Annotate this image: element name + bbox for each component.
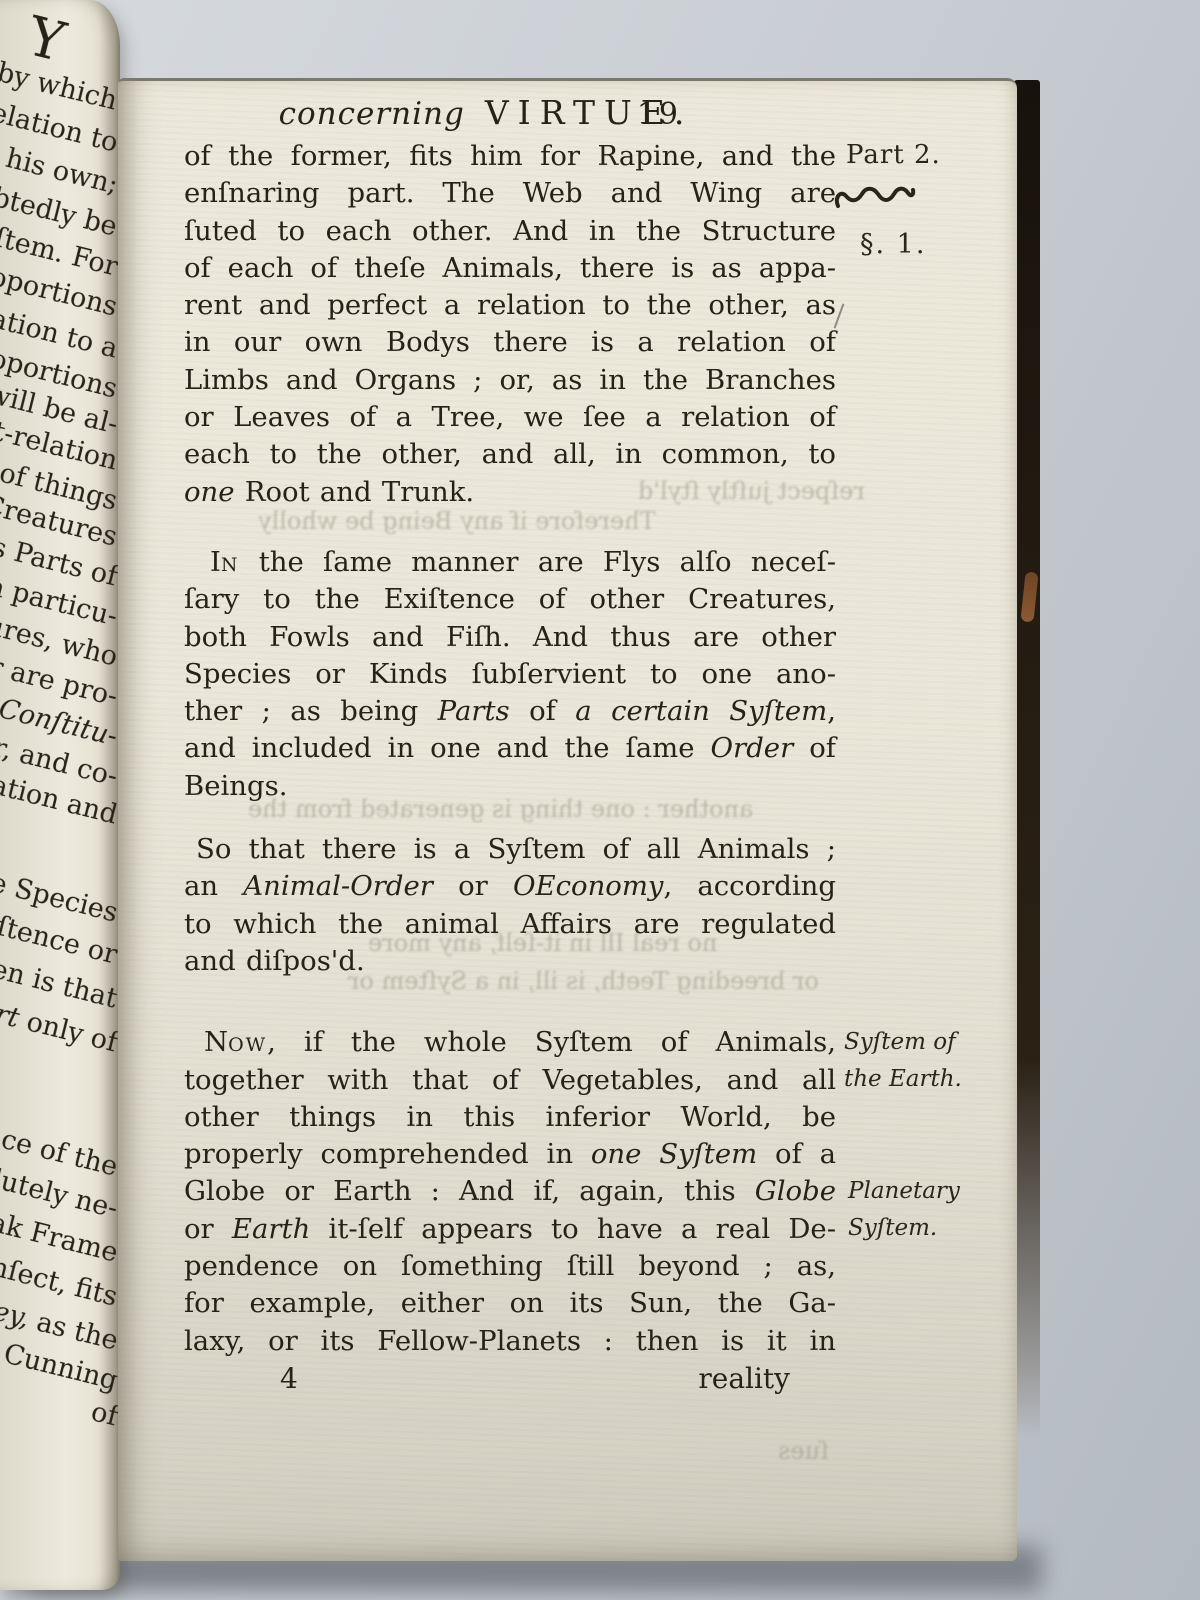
text-segment: rent and perfect a relation to the other… [184, 289, 836, 321]
spine-text-fragment: of [88, 1396, 120, 1432]
text-segment: Order [711, 732, 794, 764]
text-segment: other things in this inferior World, be [184, 1101, 836, 1133]
previous-page-edge: Yd by whichrelation toles his own;ubtedl… [0, 0, 120, 1590]
text-segment: Root and Trunk. [235, 476, 475, 508]
text-segment: each to the other, and all, in common, t… [184, 438, 836, 470]
text-line: and diſpos'd. [184, 943, 836, 980]
margin-note-line: Syſtem of [844, 1024, 962, 1061]
text-line: pendence on ſomething ſtill beyond ; as, [184, 1248, 836, 1285]
margin-note-system-of-earth: Syſtem of the Earth. [844, 1024, 962, 1098]
text-segment: OEconomy [513, 870, 663, 902]
text-line: both Fowls and Fiſh. And thus are other [184, 619, 836, 656]
text-segment: , [827, 695, 836, 727]
text-line: other things in this inferior World, be [184, 1099, 836, 1136]
text-segment: it-ſelf appears to have a real De- [310, 1213, 836, 1245]
text-segment: one Syſtem [591, 1138, 757, 1170]
text-segment: the ſame manner are Flys alſo neceſ- [240, 546, 837, 578]
text-segment: a certain Syſtem [575, 695, 827, 727]
text-segment: one [184, 476, 235, 508]
text-segment: of [510, 695, 576, 727]
text-line: together with that of Vegetables, and al… [184, 1062, 836, 1099]
text-segment: Globe or Earth : And if, again, this [184, 1175, 755, 1207]
text-segment: Species or Kinds ſubſervient to one ano- [184, 658, 836, 690]
text-segment: of [88, 1396, 120, 1432]
margin-note-line: Planetary [848, 1173, 960, 1210]
text-segment: or [433, 870, 513, 902]
paragraph: Now, if the whole Syſtem of Animals,toge… [184, 1024, 836, 1360]
text-line: properly comprehended in one Syſtem of a [184, 1136, 836, 1173]
text-segment: ſary to the Exiſtence of other Creatures… [184, 583, 836, 615]
text-segment: enſnaring part. The Web and Wing are [184, 177, 836, 209]
text-line: So that there is a Syſtem of all Animals… [184, 831, 836, 868]
text-line: In the ſame manner are Flys alſo neceſ- [184, 544, 836, 581]
text-segment: properly comprehended in [184, 1138, 591, 1170]
text-line: laxy, or its Fellow-Planets : then is it… [184, 1323, 836, 1360]
text-segment: , according [663, 870, 836, 902]
text-segment: , if the whole Syſtem of Animals, [267, 1026, 836, 1058]
text-segment: of [793, 732, 836, 764]
text-segment: and included in one and the ſame [184, 732, 711, 764]
text-segment: n [221, 546, 240, 578]
margin-note-line: Syſtem. [848, 1210, 960, 1247]
page-number: 19 [637, 97, 681, 132]
running-header-text: concerningVIRTUE. [184, 93, 836, 132]
text-line: of each of theſe Animals, there is as ap… [184, 250, 836, 287]
text-segment: So that there is a Syſtem of all Animals… [196, 833, 836, 865]
text-segment: Limbs and Organs ; or, as in the Branche… [184, 364, 836, 396]
text-segment: Parts [438, 695, 510, 727]
paragraph: of the former, fits him for Rapine, and … [184, 138, 836, 511]
text-line: to which the animal Affairs are regulate… [184, 906, 836, 943]
text-line: or Leaves of a Tree, we ſee a relation o… [184, 399, 836, 436]
catchword: reality [698, 1360, 790, 1397]
text-segment: in our own Bodys there is a relation of [184, 326, 836, 358]
text-line: ſuted to each other. And in the Structur… [184, 213, 836, 250]
text-segment: for example, either on its Sun, the Ga- [184, 1287, 836, 1319]
main-page: reſpect juſtly ſtyl'dTherefore if any Be… [118, 78, 1017, 1561]
text-segment: of each of theſe Animals, there is as ap… [184, 252, 836, 284]
text-segment: I [210, 546, 221, 578]
text-segment: ſuted to each other. And in the Structur… [184, 215, 836, 247]
text-segment: ther ; as being [184, 695, 438, 727]
text-segment: Globe [755, 1175, 836, 1207]
text-segment: or [184, 1213, 232, 1245]
signature-mark: 4 [280, 1360, 298, 1397]
text-line: Species or Kinds ſubſervient to one ano- [184, 656, 836, 693]
text-line: rent and perfect a relation to the other… [184, 287, 836, 324]
text-line: Limbs and Organs ; or, as in the Branche… [184, 362, 836, 399]
text-line: one Root and Trunk. [184, 474, 836, 511]
text-segment: pendence on ſomething ſtill beyond ; as, [184, 1250, 836, 1282]
paragraph: So that there is a Syſtem of all Animals… [184, 831, 836, 980]
margin-note-planetary-system: Planetary Syſtem. [848, 1173, 960, 1247]
text-segment: ow [228, 1026, 267, 1058]
margin-note-part: Part 2. [846, 140, 941, 170]
body-text: of the former, fits him for Rapine, and … [184, 138, 836, 1397]
text-line: and included in one and the ſame Order o… [184, 730, 836, 767]
text-segment: Earth [232, 1213, 310, 1245]
text-line: ſary to the Exiſtence of other Creatures… [184, 581, 836, 618]
text-line: an Animal-Order or OEconomy, according [184, 868, 836, 905]
text-line: Globe or Earth : And if, again, this Glo… [184, 1173, 836, 1210]
text-segment: or Leaves of a Tree, we ſee a relation o… [184, 401, 836, 433]
text-segment: laxy, or its Fellow-Planets : then is it… [184, 1325, 836, 1357]
paragraph: In the ſame manner are Flys alſo neceſ-ſ… [184, 544, 836, 805]
text-segment: both Fowls and Fiſh. And thus are other [184, 621, 836, 653]
page-footer: 4 reality [184, 1360, 836, 1397]
text-line: Beings. [184, 768, 836, 805]
text-segment: Animal-Order [243, 870, 433, 902]
flourish-icon [832, 181, 916, 215]
text-line: or Earth it-ſelf appears to have a real … [184, 1211, 836, 1248]
text-segment: and diſpos'd. [184, 945, 365, 977]
margin-note-line: the Earth. [844, 1061, 962, 1098]
running-header: concerningVIRTUE. 19 [184, 93, 836, 132]
text-segment: N [204, 1026, 228, 1058]
text-line: in our own Bodys there is a relation of [184, 324, 836, 361]
text-segment: of the former, fits him for Rapine, and … [184, 140, 836, 172]
text-segment: an [184, 870, 243, 902]
text-segment: Beings. [184, 770, 287, 802]
bleed-through-text: ſues [778, 1437, 829, 1465]
text-segment: to which the animal Affairs are regulate… [184, 908, 836, 940]
header-prefix: concerning [279, 96, 465, 132]
text-line: ther ; as being Parts of a certain Syſte… [184, 693, 836, 730]
text-line: Now, if the whole Syſtem of Animals, [184, 1024, 836, 1061]
text-line: for example, either on its Sun, the Ga- [184, 1285, 836, 1322]
book-fore-edge [1014, 80, 1040, 1440]
text-segment: together with that of Vegetables, and al… [184, 1064, 836, 1096]
margin-note-section: §. 1. [860, 229, 926, 260]
text-segment: of a [757, 1138, 836, 1170]
text-line: enſnaring part. The Web and Wing are [184, 175, 836, 212]
text-line: of the former, fits him for Rapine, and … [184, 138, 836, 175]
text-line: each to the other, and all, in common, t… [184, 436, 836, 473]
